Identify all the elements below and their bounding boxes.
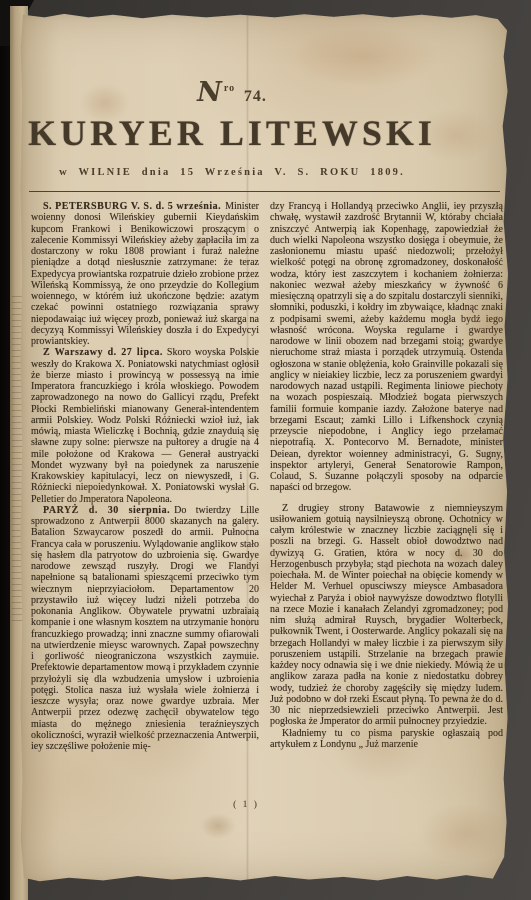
paragraph-text: Kładniemy tu co pisma paryskie ogłaszaią… — [270, 728, 503, 750]
paragraph-lead: S. PETERSBURG V. S. d. 5 września. — [43, 201, 221, 212]
paragraph-petersburg: S. PETERSBURG V. S. d. 5 września.Minist… — [31, 201, 259, 347]
paragraph-lead: Z Warszawy d. 27 lipca. — [43, 347, 163, 358]
newspaper-title: KURYER LITEWSKI — [20, 113, 444, 153]
paragraph-paryz: PARYŻ d. 30 sierpnia.Do twierdzy Lille s… — [31, 505, 259, 753]
paragraph-lead: PARYŻ d. 30 sierpnia. — [43, 505, 170, 516]
masthead: Nro 74. KURYER LITEWSKI w WILNIE dnia 15… — [20, 77, 444, 178]
article-columns: S. PETERSBURG V. S. d. 5 września.Minist… — [31, 201, 503, 752]
paragraph-londyn: Kładniemy tu co pisma paryskie ogłaszaią… — [270, 728, 503, 751]
right-column: dzy Francyą i Hollandyą przeciwko Anglii… — [270, 201, 503, 752]
paragraph-text: dzy Francyą i Hollandyą przeciwko Anglii… — [270, 201, 503, 493]
paragraph-warszawa: Z Warszawy d. 27 lipca.Skoro woyska Pols… — [31, 347, 259, 505]
paragraph-text: Skoro woyska Polskie weszły do Krakowa X… — [31, 347, 259, 504]
newspaper-page: Nro 74. KURYER LITEWSKI w WILNIE dnia 15… — [20, 13, 510, 883]
dateline: w WILNIE dnia 15 Września V. S. ROKU 180… — [20, 167, 444, 178]
masthead-rule — [29, 191, 500, 192]
issue-number-line: Nro 74. — [20, 77, 444, 108]
page-number: ( 1 ) — [216, 800, 276, 810]
paragraph-text: Z drugiey strony Batawowie z niemnieyszy… — [270, 503, 503, 728]
paper-stain — [200, 813, 236, 839]
paragraph-text: Minister woienny donosi Wileńskiey guber… — [31, 201, 259, 347]
left-column: S. PETERSBURG V. S. d. 5 września.Minist… — [31, 201, 259, 752]
paragraph-continuation: dzy Francyą i Hollandyą przeciwko Anglii… — [270, 201, 503, 494]
scan-background: Nro 74. KURYER LITEWSKI w WILNIE dnia 15… — [0, 0, 531, 900]
issue-superscript: ro — [224, 83, 235, 94]
paragraph-batawowie: Z drugiey strony Batawowie z niemnieyszy… — [270, 503, 503, 728]
paragraph-text: Do twierdzy Lille sprowadzono z Antwerpi… — [31, 505, 259, 752]
paper-stain — [420, 803, 510, 863]
center-fold-crease — [246, 13, 249, 883]
issue-letter: N — [197, 77, 223, 108]
